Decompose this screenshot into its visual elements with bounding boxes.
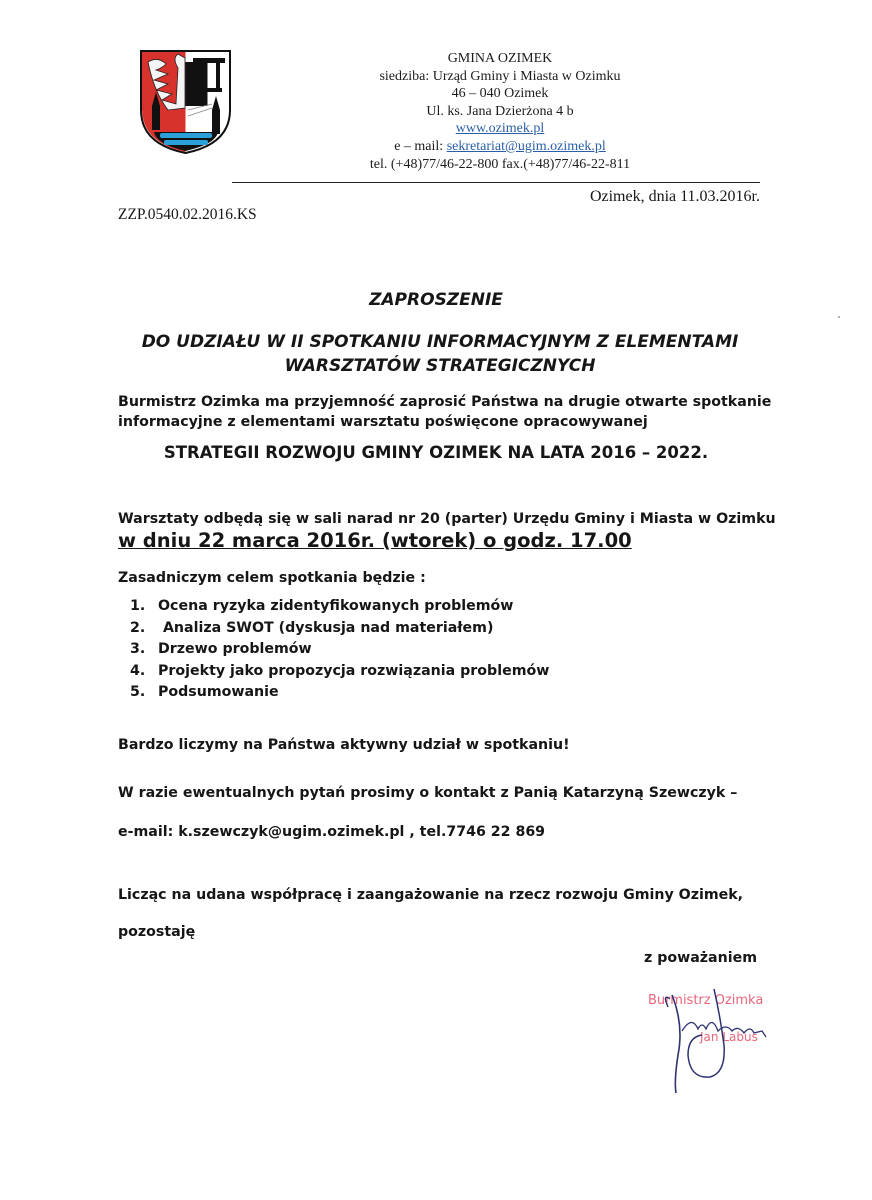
closing-text: Licząc na udana współpracę i zaangażowan…	[118, 885, 743, 905]
item-number: 2.	[130, 618, 158, 640]
intro-paragraph: Burmistrz Ozimka ma przyjemność zaprosić…	[118, 392, 771, 432]
phone-fax: tel. (+48)77/46-22-800 fax.(+48)77/46-22…	[300, 156, 700, 174]
item-number: 5.	[130, 682, 158, 704]
item-number: 4.	[130, 661, 158, 683]
document-title: ZAPROSZENIE	[0, 290, 872, 310]
email-link[interactable]: sekretariat@ugim.ozimek.pl	[447, 139, 606, 154]
reference-number: ZZP.0540.02.2016.KS	[118, 206, 257, 224]
item-text: Ocena ryzyka zidentyfikowanych problemów	[158, 598, 513, 614]
item-text: Projekty jako propozycja rozwiązania pro…	[158, 663, 549, 679]
item-number: 3.	[130, 639, 158, 661]
letterhead: GMINA OZIMEK siedziba: Urząd Gminy i Mia…	[300, 50, 700, 173]
document-subtitle: DO UDZIAŁU W II SPOTKANIU INFORMACYJNYM …	[120, 330, 760, 378]
goals-intro: Zasadniczym celem spotkania będzie :	[118, 568, 426, 588]
scan-speck	[838, 316, 840, 318]
strategy-title: STRATEGII ROZWOJU GMINY OZIMEK NA LATA 2…	[0, 443, 872, 462]
regards-text: z poważaniem	[644, 950, 757, 966]
list-item: 5.Podsumowanie	[130, 682, 549, 704]
goals-list: 1.Ocena ryzyka zidentyfikowanych problem…	[130, 596, 549, 704]
seat-address: siedziba: Urząd Gminy i Miasta w Ozimku	[300, 68, 700, 86]
remain-text: pozostaję	[118, 922, 195, 942]
email-label: e – mail:	[394, 139, 447, 154]
item-text: Analiza SWOT (dyskusja nad materiałem)	[158, 620, 493, 636]
item-number: 1.	[130, 596, 158, 618]
contact-text: W razie ewentualnych pytań prosimy o kon…	[118, 783, 737, 803]
item-text: Drzewo problemów	[158, 641, 312, 657]
venue-text: Warsztaty odbędą się w sali narad nr 20 …	[118, 509, 776, 529]
header-divider	[232, 182, 760, 183]
list-item: 2. Analiza SWOT (dyskusja nad materiałem…	[130, 618, 549, 640]
handwritten-signature	[640, 985, 800, 1095]
intro-line: Burmistrz Ozimka ma przyjemność zaprosić…	[118, 392, 771, 412]
appeal-text: Bardzo liczymy na Państwa aktywny udział…	[118, 735, 570, 755]
list-item: 3.Drzewo problemów	[130, 639, 549, 661]
intro-line: informacyjne z elementami warsztatu pośw…	[118, 412, 771, 432]
list-item: 4.Projekty jako propozycja rozwiązania p…	[130, 661, 549, 683]
coat-of-arms-icon	[138, 48, 233, 156]
item-text: Podsumowanie	[158, 684, 279, 700]
website-link[interactable]: www.ozimek.pl	[456, 121, 545, 136]
subtitle-line: DO UDZIAŁU W II SPOTKANIU INFORMACYJNYM …	[120, 330, 760, 354]
meeting-datetime: w dniu 22 marca 2016r. (wtorek) o godz. …	[118, 529, 632, 552]
place-date: Ozimek, dnia 11.03.2016r.	[590, 188, 760, 206]
street-address: Ul. ks. Jana Dzierżona 4 b	[300, 103, 700, 121]
subtitle-line: WARSZTATÓW STRATEGICZNYCH	[120, 354, 760, 378]
list-item: 1.Ocena ryzyka zidentyfikowanych problem…	[130, 596, 549, 618]
postal-code: 46 – 040 Ozimek	[300, 85, 700, 103]
contact-details: e-mail: k.szewczyk@ugim.ozimek.pl , tel.…	[118, 822, 545, 842]
organization-name: GMINA OZIMEK	[300, 50, 700, 68]
